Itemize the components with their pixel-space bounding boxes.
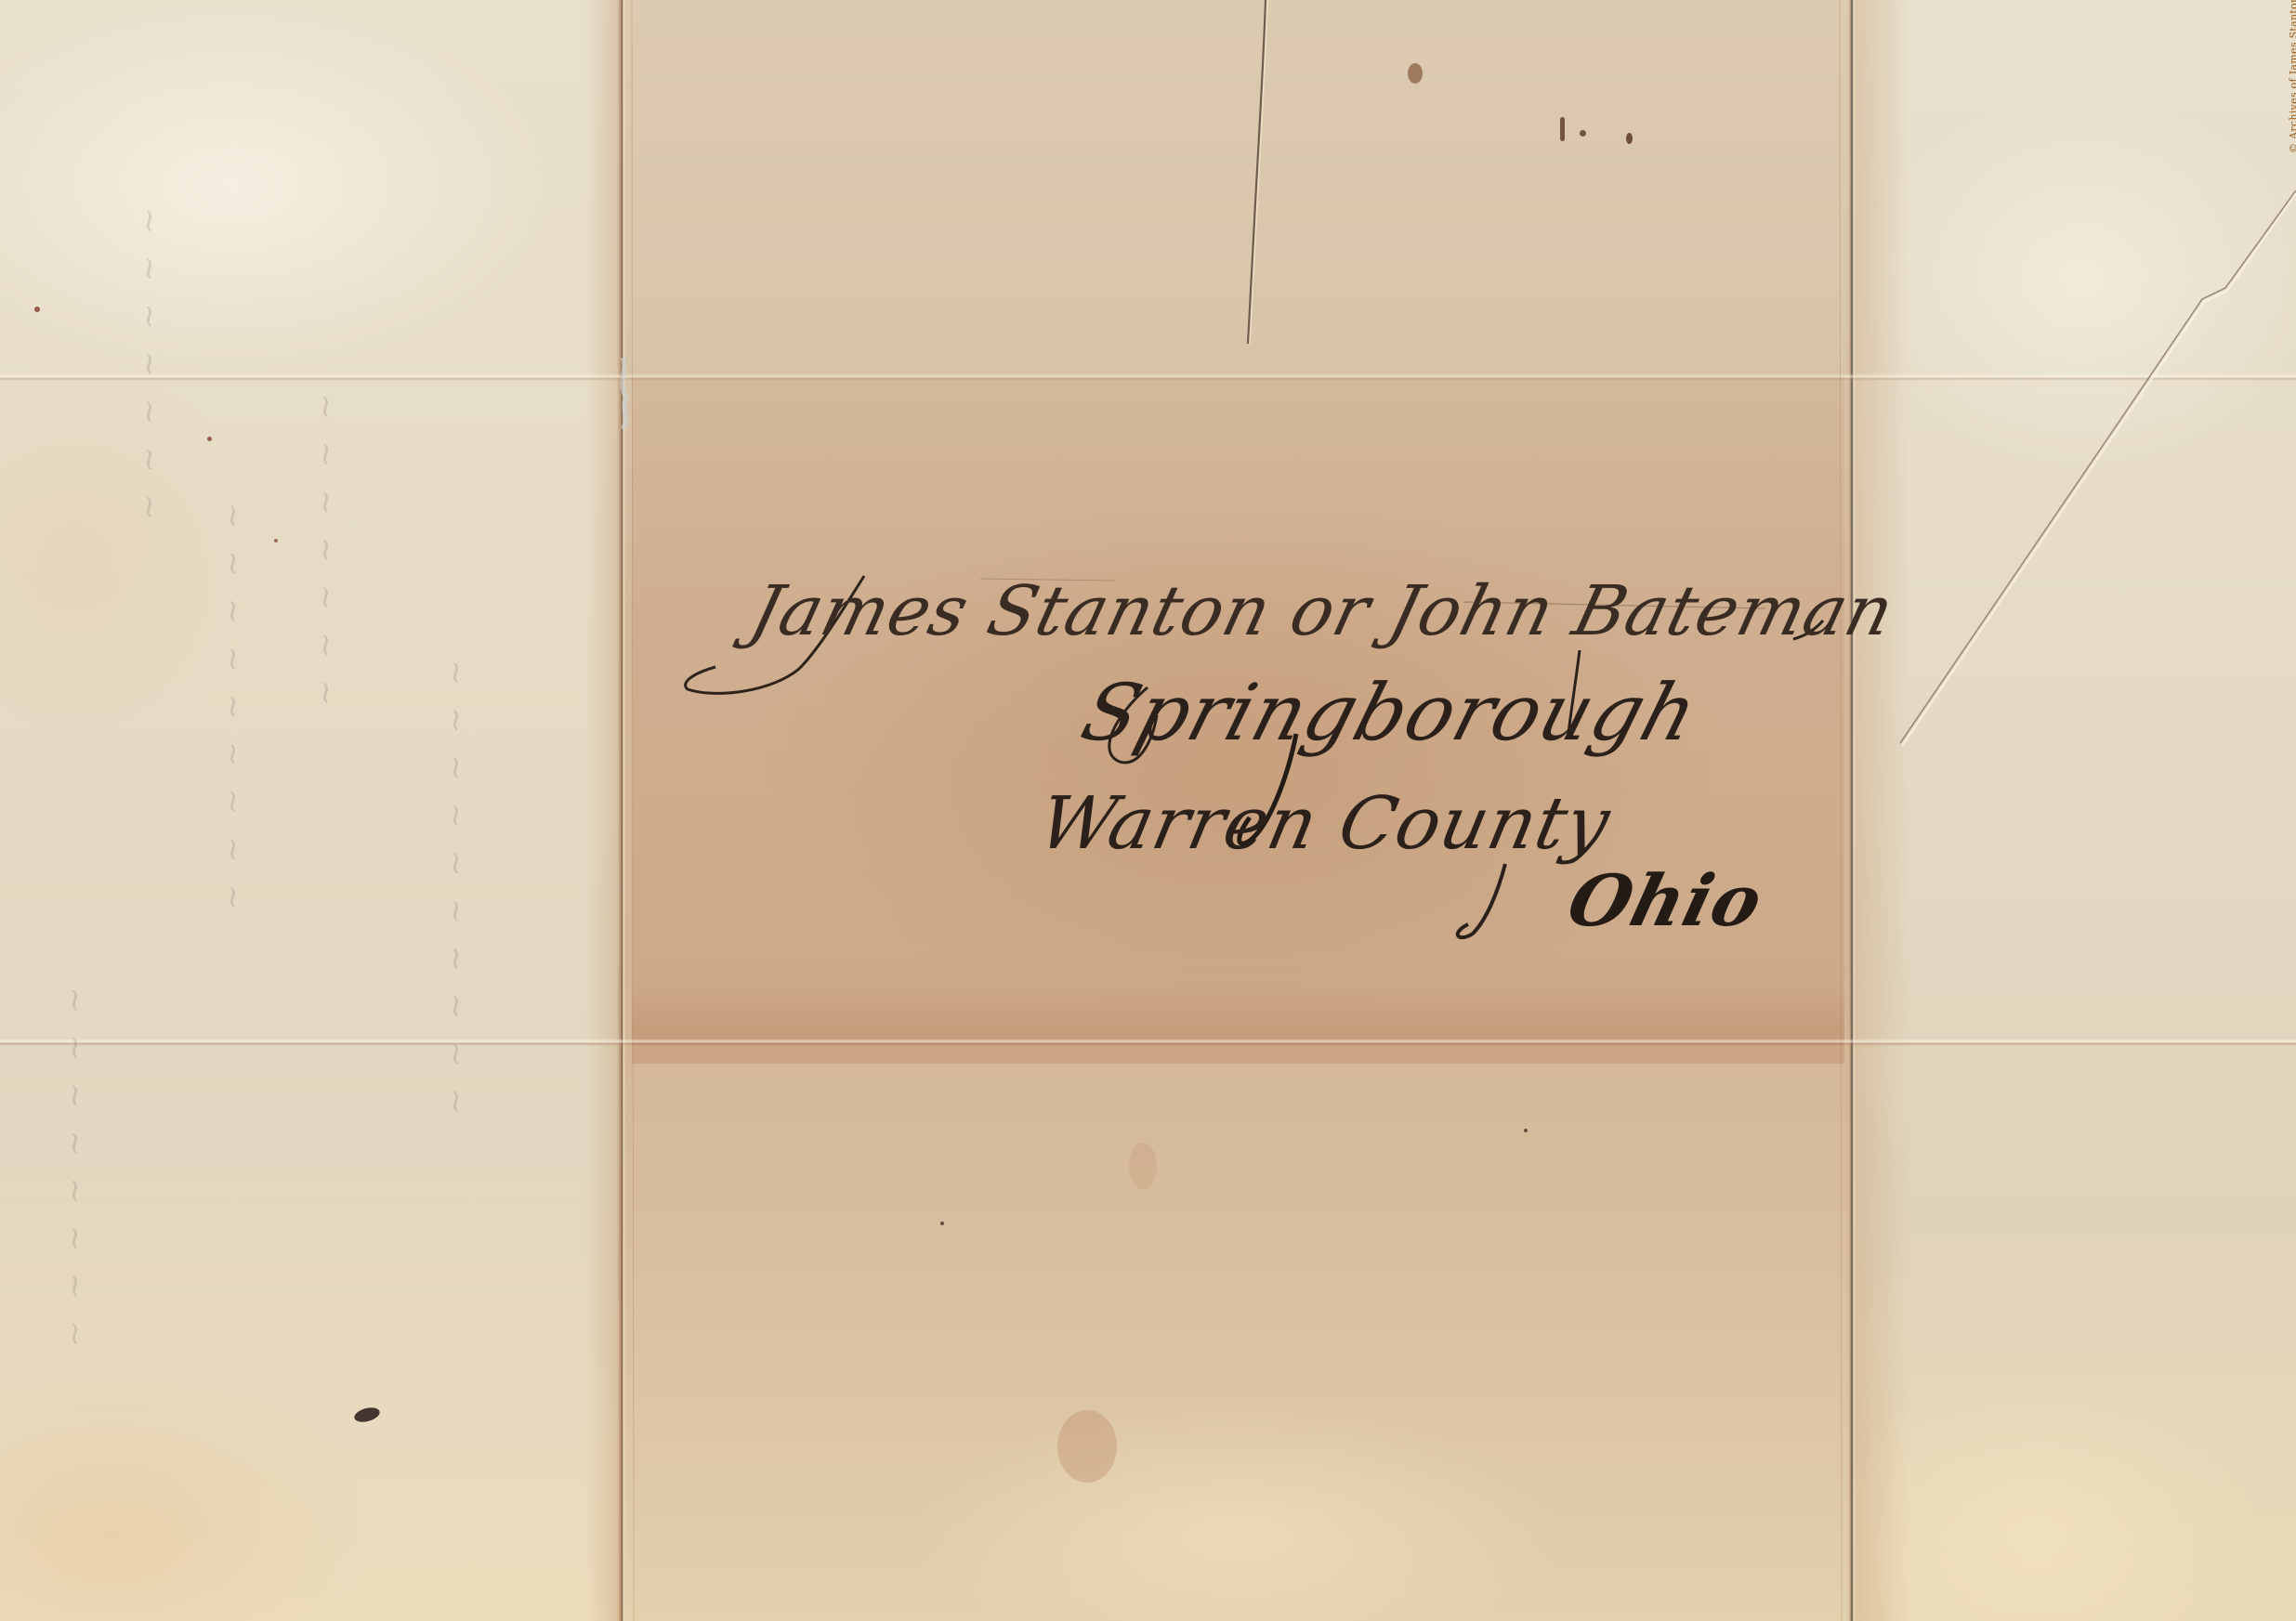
bleed-through-text: ~ ~ ~ ~ ~ ~ ~ ~ ~ [214, 497, 251, 910]
water-stain [1057, 1410, 1117, 1483]
address-recipient: James Stanton or John Bateman [742, 571, 1902, 651]
copyright-watermark: © Archives of James Stanton [2288, 0, 2296, 153]
bleed-through-text: ~ ~ ~ ~ ~ ~ ~ ~ [56, 981, 93, 1347]
ink-spot [1580, 130, 1586, 137]
fold-band-stain [632, 985, 1844, 1045]
vertical-fold-line [617, 0, 626, 1621]
address-state: Ohio [1560, 859, 1771, 942]
ink-spot [940, 1222, 944, 1225]
horizontal-fold-line [0, 373, 2296, 381]
right-fold-panel [1851, 0, 2296, 1621]
address-town: Springborough [1072, 667, 1708, 758]
ink-spot [274, 539, 278, 543]
horizontal-fold-line [0, 1039, 2296, 1046]
fold-shadow [1854, 0, 1909, 1621]
bleed-through-text: ~ ~ ~ ~ ~ ~ ~ [307, 388, 344, 706]
bleed-through-text: ~ ~ ~ ~ ~ ~ ~ ~ ~ ~ [437, 654, 474, 1115]
ink-spot [1560, 117, 1565, 141]
address-county: Warren County [1031, 782, 1617, 866]
bleed-through-text: ~ ~ ~ ~ ~ ~ ~ [130, 203, 167, 520]
ink-spot [207, 437, 212, 441]
left-fold-panel [0, 0, 624, 1621]
vertical-fold-line [1847, 0, 1856, 1621]
ink-spot [34, 307, 40, 312]
water-stain [1129, 1143, 1157, 1189]
ink-spot [1408, 63, 1423, 84]
ink-spot [1626, 133, 1633, 144]
ink-spot [1524, 1129, 1528, 1132]
scanned-letter: ~ ~ ~ ~ ~ ~ ~ ~ ~ ~ ~ ~ ~ ~ ~ ~ ~ ~ ~ ~ … [0, 0, 2296, 1621]
